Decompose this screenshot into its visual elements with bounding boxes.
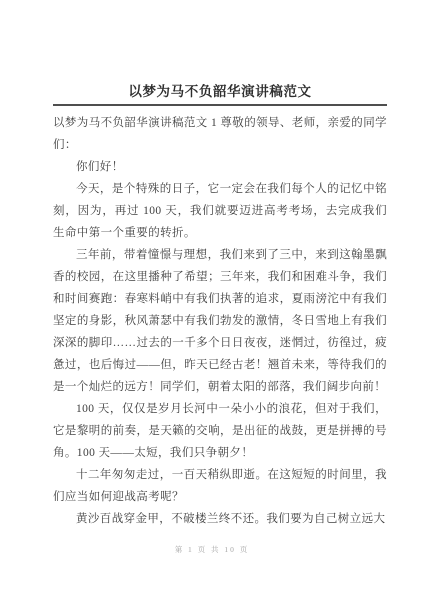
page-footer: 第 1 页 共 10 页 <box>0 545 424 555</box>
title-divider <box>53 104 387 106</box>
paragraph: 以梦为马不负韶华演讲稿范文 1 尊敬的领导、老师，亲爱的同学们： <box>53 112 387 156</box>
paragraph: 三年前，带着憧憬与理想，我们来到了三中，来到这翰墨飘香的校园，在这里播种了希望；… <box>53 244 387 398</box>
paragraph: 你们好！ <box>53 156 387 178</box>
page-title: 以梦为马不负韶华演讲稿范文 <box>53 83 387 101</box>
paragraph: 今天，是个特殊的日子，它一定会在我们每个人的记忆中铭刻，因为，再过 100 天，… <box>53 178 387 244</box>
document-page: 以梦为马不负韶华演讲稿范文 以梦为马不负韶华演讲稿范文 1 尊敬的领导、老师，亲… <box>0 0 424 600</box>
paragraph: 十二年匆匆走过，一百天稍纵即逝。在这短短的时间里，我们应当如何迎战高考呢？ <box>53 464 387 508</box>
document-body: 以梦为马不负韶华演讲稿范文 1 尊敬的领导、老师，亲爱的同学们：你们好！今天，是… <box>53 112 387 530</box>
paragraph: 黄沙百战穿金甲，不破楼兰终不还。我们要为自己树立远大 <box>53 508 387 530</box>
paragraph: 100 天，仅仅是岁月长河中一朵小小的浪花，但对于我们，它是黎明的前奏，是天籁的… <box>53 398 387 464</box>
